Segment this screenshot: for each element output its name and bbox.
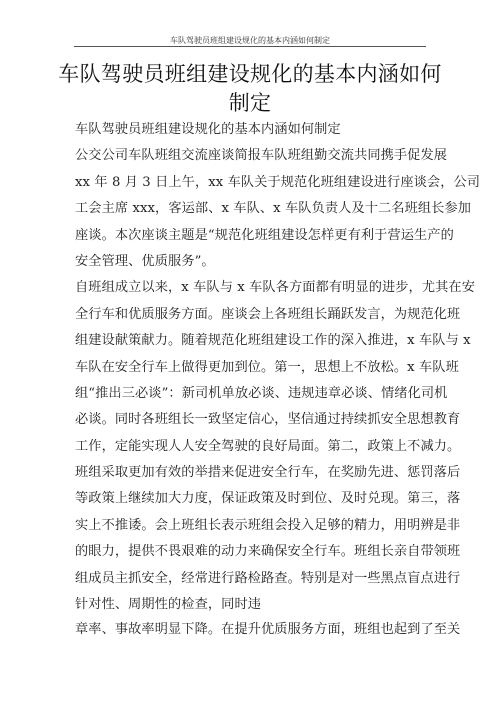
- body-line: 工作，定能实现人人安全驾驶的良好局面。第二，政策上不减力。: [75, 434, 427, 460]
- body-line: 等政策上继续加大力度，保证政策及时到位、及时兑现。第三，落: [75, 486, 427, 512]
- running-header: 车队驾驶员班组建设规化的基本内涵如何制定: [74, 36, 426, 46]
- body-line: 针对性、周期性的检查，同时违: [75, 592, 427, 617]
- body-line: 组建设献策献力。随着规范化班组建设工作的深入推进，x 车队与 x: [75, 328, 427, 354]
- title-line-1: 车队驾驶员班组建设规化的基本内涵如何: [50, 60, 450, 89]
- document-title: 车队驾驶员班组建设规化的基本内涵如何 制定: [50, 60, 450, 118]
- body-line: 公交公司车队班组交流座谈简报车队班组勤交流共同携手促发展: [75, 143, 427, 169]
- body-line: 工会主席 xxx，客运部、x 车队、x 车队负责人及十二名班组长参加: [75, 196, 427, 222]
- body-line: 必谈。同时各班组长一致坚定信心，坚信通过持续抓安全思想教育: [75, 407, 427, 433]
- body-line: 组“推出三必谈”：新司机单放必谈、违规违章必谈、情绪化司机: [75, 381, 427, 407]
- header-divider: [74, 46, 426, 47]
- body-line: 自班组成立以来，x 车队与 x 车队各方面都有明显的进步，尤其在安: [75, 275, 427, 301]
- body-line: 座谈。本次座谈主题是“规范化班组建设怎样更有利于营运生产的: [75, 223, 427, 249]
- document-body: 车队驾驶员班组建设规化的基本内涵如何制定 公交公司车队班组交流座谈简报车队班组勤…: [75, 117, 427, 643]
- body-line: 章率、事故率明显下降。在提升优质服务方面，班组也起到了至关: [75, 617, 427, 643]
- body-line: 组成员主抓安全，经常进行路检路查。特别是对一些黑点盲点进行: [75, 566, 427, 592]
- body-line: 班组采取更加有效的举措来促进安全行车，在奖励先进、惩罚落后: [75, 460, 427, 486]
- body-line: xx 年 8 月 3 日上午，xx 车队关于规范化班组建设进行座谈会，公司: [75, 170, 427, 196]
- body-line: 安全管理、优质服务”。: [75, 249, 427, 275]
- title-line-2: 制定: [50, 89, 450, 118]
- body-line: 的眼力，提供不畏艰难的动力来确保安全行车。班组长亲自带领班: [75, 539, 427, 565]
- body-line: 实上不推诿。会上班组长表示班组会投入足够的精力，用明辨是非: [75, 513, 427, 539]
- body-line: 全行车和优质服务方面。座谈会上各班组长踊跃发言，为规范化班: [75, 302, 427, 328]
- body-line: 车队在安全行车上做得更加到位。第一，思想上不放松。x 车队班: [75, 355, 427, 381]
- body-line: 车队驾驶员班组建设规化的基本内涵如何制定: [75, 117, 427, 143]
